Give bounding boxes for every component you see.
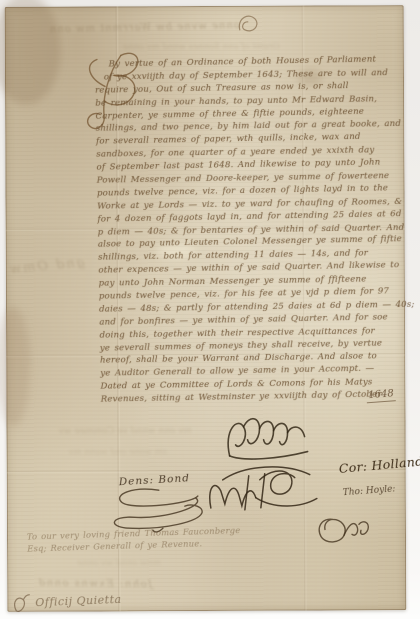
endorsement-text: Officij Quietta [35, 593, 122, 609]
showthrough-script: gnd Omw [7, 255, 85, 277]
showthrough-script: Gramt of ann Sonnes wnnd mv onne [123, 42, 280, 53]
showthrough-script: onne wvne bw Warrmnt mw onn [49, 20, 240, 35]
manuscript-paper: By vertue of an Ordinance of both Houses… [5, 5, 407, 612]
showthrough-script: mv onn wnnd ve Commee wv [59, 426, 192, 437]
date-year: 1648 [366, 388, 396, 403]
showthrough-script: John: Exwns onnd [37, 578, 152, 591]
signature-tho-hoyle: Tho: Hoyle: [343, 484, 396, 498]
flourish-signature-illegible [221, 412, 313, 464]
address-lines: To our very loving friend Thomas Fauconb… [27, 525, 241, 555]
ink-curl-mark [235, 12, 263, 38]
signature-cor-holland: Cor: Holland [338, 453, 420, 476]
endorsement-curl-mark [9, 593, 31, 617]
signature-dens-bond: Dens: Bond [118, 472, 190, 488]
manuscript-body-text: By vertue of an Ordinance of both Houses… [94, 53, 412, 407]
initials-paraph-mark [313, 511, 373, 555]
age-stain [0, 0, 61, 105]
showthrough-script: mnw onnd wv onne [77, 558, 161, 568]
age-stain [0, 307, 31, 427]
showthrough-script: sm wone ond wann mv [69, 447, 167, 457]
scanned-manuscript-photo: By vertue of an Ordinance of both Houses… [0, 0, 420, 619]
ornate-signature-illegible [205, 458, 320, 517]
